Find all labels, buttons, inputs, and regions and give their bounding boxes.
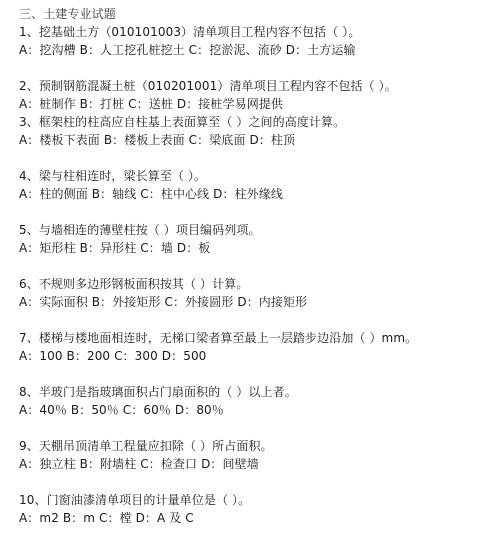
question-3-options: A：楼板下表面 B：楼板上表面 C：梁底面 D：柱顶	[19, 131, 499, 149]
question-8: 8、半玻门是指玻璃面积占门扇面积的（ ）以上者。	[19, 383, 499, 401]
question-1-options: A：挖沟槽 B：人工挖孔桩挖土 C：挖淤泥、流砂 D：土方运输	[19, 41, 499, 59]
question-2: 2、预制钢筋混凝土桩（010201001）清单项目工程内容不包括（ ）。	[19, 77, 499, 95]
spacer	[19, 203, 499, 221]
question-6-options: A：实际面积 B：外接矩形 C：外接圆形 D：内接矩形	[19, 293, 499, 311]
spacer	[19, 59, 499, 77]
question-7-options: A：100 B：200 C：300 D：500	[19, 347, 499, 365]
question-6: 6、不规则多边形钢板面积按其（ ）计算。	[19, 275, 499, 293]
question-10: 10、门窗油漆清单项目的计量单位是（ ）。	[19, 491, 499, 509]
question-5-options: A：矩形柱 B：异形柱 C：墙 D：板	[19, 239, 499, 257]
spacer	[19, 419, 499, 437]
question-7: 7、楼梯与楼地面相连时，无梯口梁者算至最上一层踏步边沿加（ ）mm。	[19, 329, 499, 347]
question-4: 4、梁与柱相连时，梁长算至（ ）。	[19, 167, 499, 185]
question-4-options: A：柱的侧面 B：轴线 C：柱中心线 D：柱外缘线	[19, 185, 499, 203]
spacer	[19, 365, 499, 383]
spacer	[19, 149, 499, 167]
question-2-options: A：桩制作 B：打桩 C：送桩 D：接桩学易网提供	[19, 95, 499, 113]
question-5: 5、与墙相连的薄壁柱按（ ）项目编码列项。	[19, 221, 499, 239]
spacer	[19, 257, 499, 275]
question-3: 3、框架柱的柱高应自柱基上表面算至（ ）之间的高度计算。	[19, 113, 499, 131]
spacer	[19, 473, 499, 491]
spacer	[19, 311, 499, 329]
section-title: 三、土建专业试题	[19, 5, 499, 23]
question-8-options: A：40％ B：50％ C：60％ D：80％	[19, 401, 499, 419]
question-9-options: A：独立柱 B：附墙柱 C：检查口 D：间壁墙	[19, 455, 499, 473]
question-9: 9、天棚吊顶清单工程量应扣除（ ）所占面积。	[19, 437, 499, 455]
question-1: 1、挖基础土方（010101003）清单项目工程内容不包括（ ）。	[19, 23, 499, 41]
question-10-options: A：m2 B：m C：樘 D：A 及 C	[19, 509, 499, 527]
document-page: 三、土建专业试题 1、挖基础土方（010101003）清单项目工程内容不包括（ …	[0, 0, 499, 527]
